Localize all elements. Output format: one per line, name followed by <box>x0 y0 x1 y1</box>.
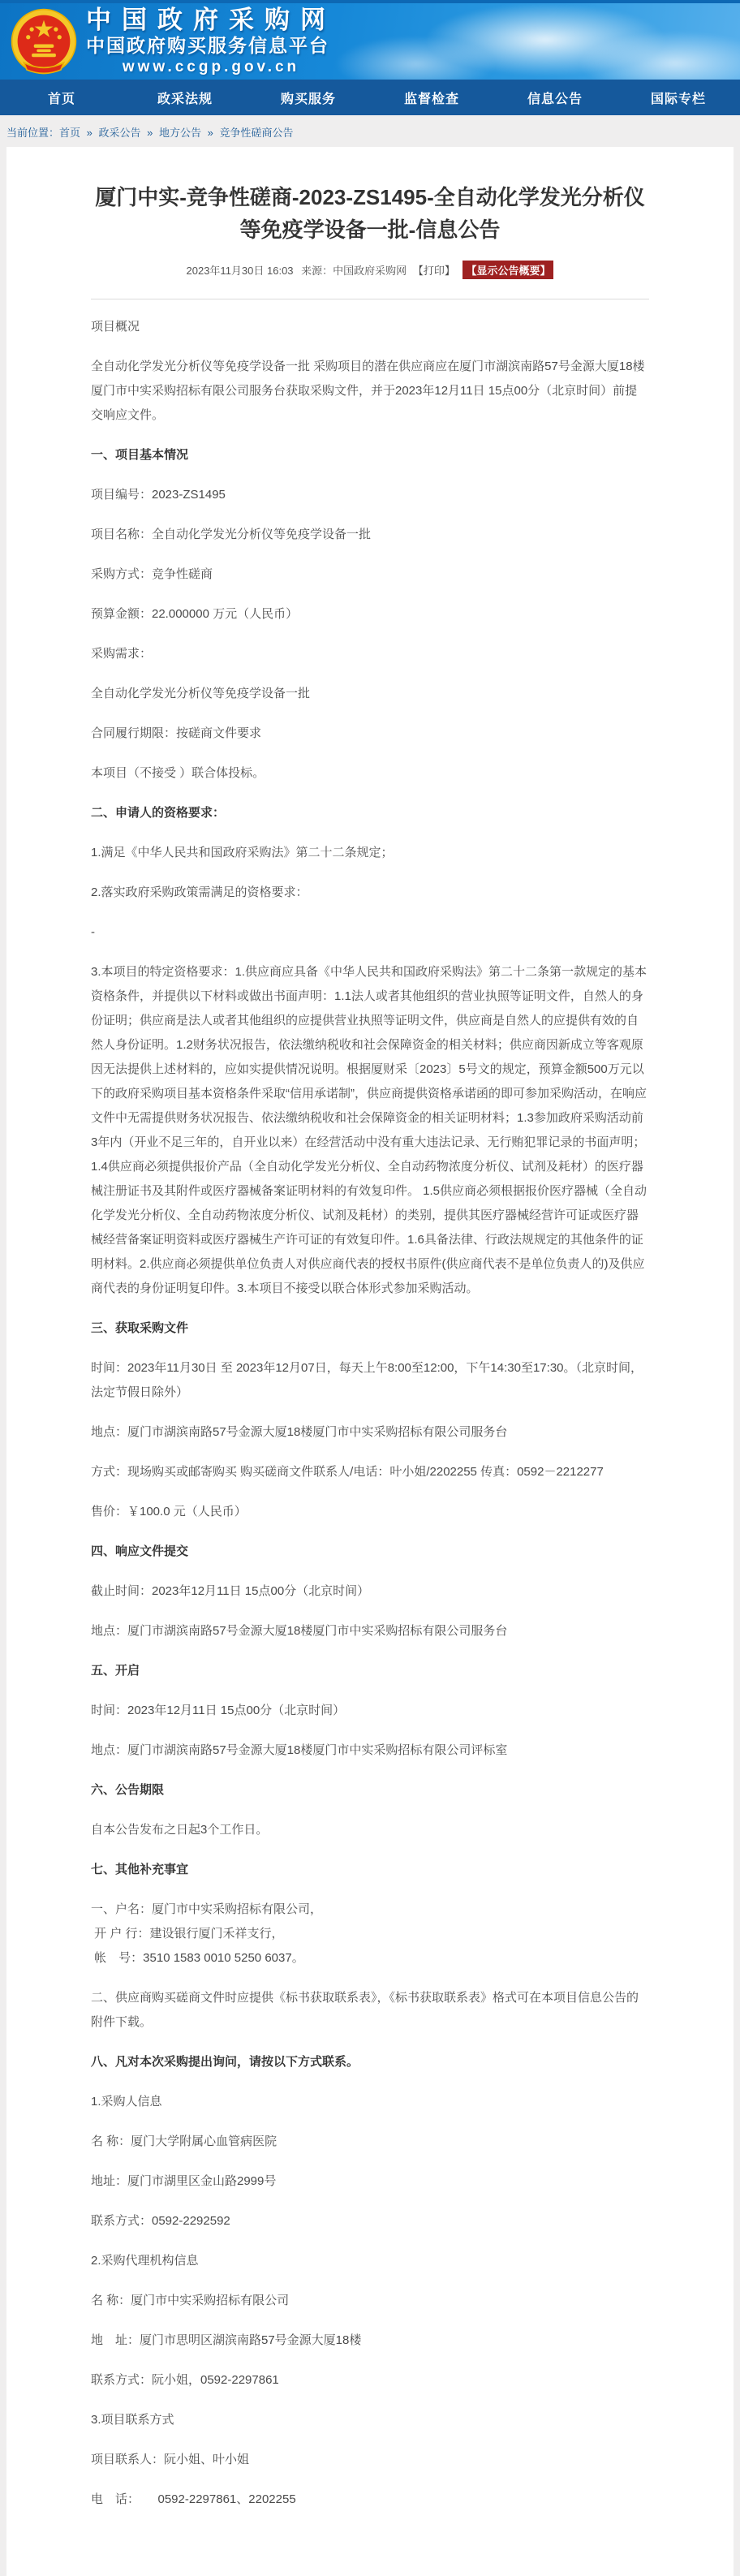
page: 中国政府采购网 中国政府购买服务信息平台 www.ccgp.gov.cn 首页 … <box>0 0 740 2576</box>
paragraph: 采购需求： <box>91 642 649 666</box>
nav-item-purchase-service[interactable]: 购买服务 <box>247 80 370 115</box>
nav-item-announcements[interactable]: 信息公告 <box>493 80 617 115</box>
paragraph: 合同履行期限：按磋商文件要求 <box>91 722 649 746</box>
section-heading: 三、获取采购文件 <box>91 1316 649 1341</box>
article-body: 项目概况全自动化学发光分析仪等免疫学设备一批 采购项目的潜在供应商应在厦门市湖滨… <box>91 315 649 2512</box>
show-summary-button[interactable]: 【显示公告概要】 <box>462 261 553 279</box>
divider <box>91 299 649 299</box>
publish-datetime: 2023年11月30日 16:03 <box>187 265 294 277</box>
section-heading: 七、其他补充事宜 <box>91 1858 649 1882</box>
paragraph: 预算金额：22.000000 万元（人民币） <box>91 602 649 627</box>
paragraph: 地址：厦门市湖里区金山路2999号 <box>91 2169 649 2194</box>
section-heading: 一、项目基本情况 <box>91 443 649 467</box>
site-brand: 中国政府采购网 中国政府购买服务信息平台 www.ccgp.gov.cn <box>86 6 336 78</box>
national-emblem-logo <box>10 7 78 75</box>
main-nav: 首页 政采法规 购买服务 监督检查 信息公告 国际专栏 <box>0 80 740 115</box>
section-heading: 八、凡对本次采购提出询问，请按以下方式联系。 <box>91 2050 649 2074</box>
paragraph: 2.落实政府采购政策需满足的资格要求： <box>91 881 649 905</box>
paragraph: 一、户名：厦门市中实采购招标有限公司， 开 户 行：建设银行厦门禾祥支行， 帐 … <box>91 1898 649 1971</box>
site-title: 中国政府采购网 <box>86 6 336 34</box>
paragraph: 项目联系人：阮小姐、叶小姐 <box>91 2448 649 2472</box>
breadcrumb-separator: » <box>87 127 92 139</box>
nav-item-supervision[interactable]: 监督检查 <box>370 80 493 115</box>
paragraph: 截止时间：2023年12月11日 15点00分（北京时间） <box>91 1579 649 1604</box>
breadcrumb-link-local-announcements[interactable]: 地方公告 <box>159 127 201 139</box>
paragraph: 全自动化学发光分析仪等免疫学设备一批 <box>91 682 649 706</box>
paragraph: 地点：厦门市湖滨南路57号金源大厦18楼厦门市中实采购招标有限公司评标室 <box>91 1738 649 1763</box>
paragraph: 3.项目联系方式 <box>91 2408 649 2432</box>
paragraph: 全自动化学发光分析仪等免疫学设备一批 采购项目的潜在供应商应在厦门市湖滨南路57… <box>91 355 649 428</box>
breadcrumb-prefix: 当前位置： <box>6 127 59 139</box>
paragraph: 采购方式：竞争性磋商 <box>91 562 649 587</box>
breadcrumb-current: 竞争性磋商公告 <box>220 127 294 139</box>
paragraph: 项目概况 <box>91 315 649 339</box>
paragraph: 时间：2023年12月11日 15点00分（北京时间） <box>91 1699 649 1723</box>
section-heading: 六、公告期限 <box>91 1778 649 1803</box>
section-heading: 四、响应文件提交 <box>91 1540 649 1564</box>
paragraph: 1.满足《中华人民共和国政府采购法》第二十二条规定； <box>91 841 649 865</box>
paragraph: 联系方式：0592-2292592 <box>91 2209 649 2234</box>
paragraph: 本项目（不接受 ）联合体投标。 <box>91 761 649 786</box>
paragraph: 2.采购代理机构信息 <box>91 2249 649 2273</box>
section-heading: 五、开启 <box>91 1659 649 1683</box>
paragraph: 地 址：厦门市思明区湖滨南路57号金源大厦18楼 <box>91 2328 649 2353</box>
paragraph: - <box>91 920 649 945</box>
paragraph: 时间：2023年11月30日 至 2023年12月07日，每天上午8:00至12… <box>91 1356 649 1405</box>
nav-item-regulations[interactable]: 政采法规 <box>123 80 247 115</box>
paragraph: 方式：现场购买或邮寄购买 购买磋商文件联系人/电话：叶小姐/2202255 传真… <box>91 1460 649 1484</box>
nav-item-international[interactable]: 国际专栏 <box>617 80 740 115</box>
site-url: www.ccgp.gov.cn <box>86 57 336 78</box>
section-heading: 二、申请人的资格要求： <box>91 801 649 825</box>
breadcrumb-separator: » <box>208 127 213 139</box>
paragraph: 自本公告发布之日起3个工作日。 <box>91 1818 649 1842</box>
source-label: 来源：中国政府采购网 <box>301 265 407 277</box>
breadcrumb-link-home[interactable]: 首页 <box>59 127 80 139</box>
paragraph: 地点：厦门市湖滨南路57号金源大厦18楼厦门市中实采购招标有限公司服务台 <box>91 1420 649 1445</box>
paragraph: 1.采购人信息 <box>91 2090 649 2114</box>
announcement-content-box: 厦门中实-竞争性磋商-2023-ZS1495-全自动化学发光分析仪等免疫学设备一… <box>6 147 734 2576</box>
paragraph: 联系方式：阮小姐，0592-2297861 <box>91 2368 649 2393</box>
paragraph: 二、供应商购买磋商文件时应提供《标书获取联系表》，《标书获取联系表》格式可在本项… <box>91 1986 649 2035</box>
paragraph: 3.本项目的特定资格要求：1.供应商应具备《中华人民共和国政府采购法》第二十二条… <box>91 960 649 1301</box>
breadcrumb: 当前位置：首页 » 政采公告 » 地方公告 » 竞争性磋商公告 <box>0 115 740 147</box>
paragraph: 地点：厦门市湖滨南路57号金源大厦18楼厦门市中实采购招标有限公司服务台 <box>91 1619 649 1643</box>
paragraph: 电 话： 0592-2297861、2202255 <box>91 2488 649 2512</box>
paragraph: 名 称：厦门大学附属心血管病医院 <box>91 2130 649 2154</box>
paragraph: 项目编号：2023-ZS1495 <box>91 483 649 507</box>
breadcrumb-separator: » <box>147 127 153 139</box>
paragraph: 项目名称：全自动化学发光分析仪等免疫学设备一批 <box>91 523 649 547</box>
paragraph: 名 称：厦门市中实采购招标有限公司 <box>91 2289 649 2313</box>
site-subtitle: 中国政府购买服务信息平台 <box>86 34 336 57</box>
site-header: 中国政府采购网 中国政府购买服务信息平台 www.ccgp.gov.cn <box>0 0 740 80</box>
nav-item-home[interactable]: 首页 <box>0 80 123 115</box>
page-title: 厦门中实-竞争性磋商-2023-ZS1495-全自动化学发光分析仪等免疫学设备一… <box>91 181 649 246</box>
print-button[interactable]: 【打印】 <box>413 265 455 277</box>
article-meta: 2023年11月30日 16:03 来源：中国政府采购网 【打印】 【显示公告概… <box>91 261 649 279</box>
paragraph: 售价：￥100.0 元（人民币） <box>91 1500 649 1524</box>
breadcrumb-link-procurement-announcements[interactable]: 政采公告 <box>99 127 141 139</box>
